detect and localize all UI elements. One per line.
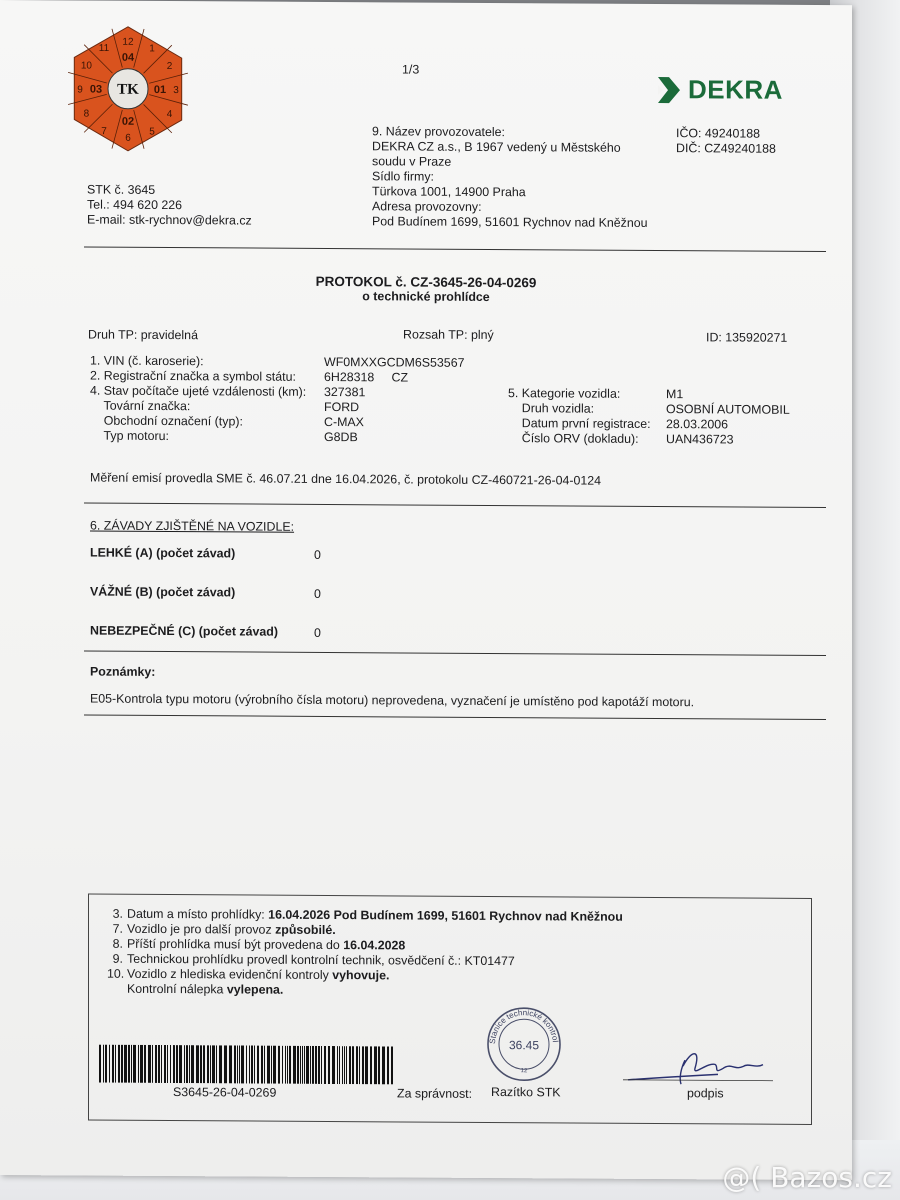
field-value: 28.03.2006 bbox=[666, 417, 728, 432]
svg-text:4: 4 bbox=[167, 109, 173, 120]
svg-text:5: 5 bbox=[149, 126, 155, 137]
field-label: 1. VIN (č. karoserie): bbox=[90, 354, 204, 370]
station-email: E-mail: stk-rychnov@dekra.cz bbox=[87, 213, 252, 229]
defect-count: 0 bbox=[314, 548, 321, 563]
operator-line: Pod Budínem 1699, 51601 Rychnov nad Kněž… bbox=[372, 214, 648, 231]
field-label: Číslo ORV (dokladu): bbox=[508, 431, 639, 447]
summary-bold: vylepena. bbox=[227, 982, 283, 996]
emissions-note: Měření emisí provedla SME č. 46.07.21 dn… bbox=[90, 471, 601, 489]
operator-line: Adresa provozovny: bbox=[372, 199, 648, 216]
svg-text:11: 11 bbox=[99, 43, 110, 54]
svg-text:01: 01 bbox=[154, 84, 166, 96]
field-value: C-MAX bbox=[324, 415, 364, 430]
field-value: G8DB bbox=[324, 430, 358, 445]
svg-text:12: 12 bbox=[122, 37, 134, 48]
svg-text:6: 6 bbox=[125, 133, 131, 144]
inspection-id: ID: 135920271 bbox=[706, 330, 787, 345]
dekra-logo-icon bbox=[656, 75, 682, 105]
defect-label: VÁŽNÉ (B) (počet závad) bbox=[90, 585, 235, 601]
field-label: Datum první registrace: bbox=[508, 416, 651, 432]
notes-text: E05-Kontrola typu motoru (výrobního čísl… bbox=[90, 692, 694, 711]
station-stk-number: STK č. 3645 bbox=[87, 183, 252, 199]
stk-stamp-icon: Stanice technické kontroly 36.45 12 bbox=[479, 1002, 569, 1085]
page-number: 1/3 bbox=[402, 62, 419, 77]
defect-count: 0 bbox=[314, 587, 321, 602]
summary-text: Kontrolní nálepka vylepena. bbox=[127, 982, 283, 997]
divider bbox=[84, 651, 826, 657]
defect-label: LEHKÉ (A) (počet závad) bbox=[90, 546, 235, 562]
field-value: 327381 bbox=[324, 385, 365, 400]
inspection-scope: Rozsah TP: plný bbox=[403, 327, 494, 343]
protocol-heading: PROTOKOL č. CZ-3645-26-04-0269 o technic… bbox=[0, 272, 852, 307]
svg-text:03: 03 bbox=[90, 84, 102, 96]
field-label: Tovární značka: bbox=[90, 399, 190, 415]
field-label: 5. Kategorie vozidla: bbox=[508, 386, 620, 402]
operator-line: Türkova 1001, 14900 Praha bbox=[372, 184, 648, 201]
vehicle-field: Typ motoru:G8DB bbox=[90, 429, 510, 447]
divider bbox=[84, 247, 826, 253]
field-value: M1 bbox=[666, 387, 683, 402]
bazos-watermark: @( Bazos.cz bbox=[722, 1161, 892, 1194]
svg-text:2: 2 bbox=[167, 61, 173, 72]
svg-text:7: 7 bbox=[101, 126, 107, 137]
stk-hexagon-badge-icon: 12345678910111204010203TK bbox=[60, 24, 196, 153]
field-label: 4. Stav počítače ujeté vzdálenosti (km): bbox=[90, 384, 306, 400]
inspection-protocol-page: 12345678910111204010203TK 1/3 DEKRA STK … bbox=[0, 0, 852, 1180]
barcode-text: S3645-26-04-0269 bbox=[173, 1085, 276, 1101]
station-info: STK č. 3645 Tel.: 494 620 226 E-mail: st… bbox=[87, 183, 252, 229]
razitko-label: Razítko STK bbox=[491, 1085, 561, 1100]
field-value: WF0MXXGCDM6S53567 bbox=[324, 355, 464, 371]
svg-text:9: 9 bbox=[77, 84, 83, 95]
tax-ids: IČO: 49240188 DIČ: CZ49240188 bbox=[676, 126, 776, 157]
barcode-icon bbox=[99, 1045, 399, 1085]
field-label: Druh vozidla: bbox=[508, 401, 594, 417]
operator-line: Sídlo firmy: bbox=[372, 169, 648, 186]
operator-line: 9. Název provozovatele: bbox=[372, 124, 648, 141]
summary-line: Kontrolní nálepka vylepena. bbox=[107, 980, 623, 998]
field-label: Typ motoru: bbox=[90, 429, 169, 444]
field-value: 6H28318 CZ bbox=[324, 370, 408, 386]
field-value: UAN436723 bbox=[666, 432, 734, 447]
operator-line: soudu v Praze bbox=[372, 154, 648, 171]
svg-text:TK: TK bbox=[117, 82, 139, 98]
defects-table: LEHKÉ (A) (počet závad)0VÁŽNÉ (B) (počet… bbox=[0, 0, 852, 5]
svg-text:3: 3 bbox=[173, 85, 179, 96]
summary-box: 3.Datum a místo prohlídky: 16.04.2026 Po… bbox=[88, 894, 812, 1125]
signature-icon bbox=[623, 1038, 783, 1099]
defect-label: NEBEZPEČNÉ (C) (počet závad) bbox=[90, 624, 278, 640]
defects-heading: 6. ZÁVADY ZJIŠTĚNÉ NA VOZIDLE: bbox=[90, 519, 294, 535]
vehicle-field: Číslo ORV (dokladu):UAN436723 bbox=[508, 431, 808, 448]
operator-line: DEKRA CZ a.s., B 1967 vedený u Městského bbox=[372, 139, 648, 156]
svg-text:10: 10 bbox=[81, 60, 93, 71]
summary-list: 3.Datum a místo prohlídky: 16.04.2026 Po… bbox=[107, 905, 623, 998]
svg-text:12: 12 bbox=[521, 1068, 528, 1074]
svg-text:02: 02 bbox=[122, 116, 134, 128]
station-phone: Tel.: 494 620 226 bbox=[87, 198, 252, 214]
inspection-type: Druh TP: pravidelná bbox=[88, 328, 198, 344]
svg-text:04: 04 bbox=[122, 52, 135, 64]
svg-text:1: 1 bbox=[149, 43, 155, 54]
field-label: 2. Registrační značka a symbol státu: bbox=[90, 369, 296, 385]
field-value: OSOBNÍ AUTOMOBIL bbox=[666, 402, 790, 418]
notes-heading: Poznámky: bbox=[90, 665, 155, 680]
field-value: FORD bbox=[324, 400, 359, 415]
dekra-wordmark: DEKRA bbox=[688, 74, 783, 106]
za-spravnost-label: Za správnost: bbox=[397, 1086, 472, 1101]
ico: IČO: 49240188 bbox=[676, 126, 776, 142]
field-label: Obchodní označení (typ): bbox=[90, 414, 243, 430]
defect-count: 0 bbox=[314, 626, 321, 641]
operator-info: 9. Název provozovatele:DEKRA CZ a.s., B … bbox=[372, 124, 648, 231]
svg-text:36.45: 36.45 bbox=[509, 1038, 539, 1052]
svg-text:8: 8 bbox=[84, 109, 90, 120]
dekra-logo: DEKRA bbox=[656, 74, 783, 106]
divider bbox=[84, 715, 826, 721]
divider bbox=[84, 503, 826, 509]
vehicle-details-right: 5. Kategorie vozidla:M1 Druh vozidla:OSO… bbox=[508, 386, 808, 448]
dic: DIČ: CZ49240188 bbox=[676, 141, 776, 157]
vehicle-details-left: 1. VIN (č. karoserie):WF0MXXGCDM6S535672… bbox=[90, 354, 510, 447]
